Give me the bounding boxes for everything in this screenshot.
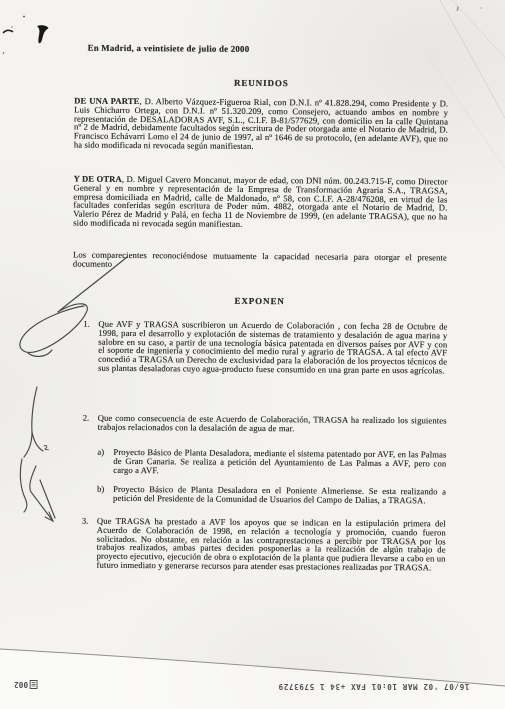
list-item-2: 2. Que como consecuencia de este Acuerdo…: [83, 414, 447, 434]
paragraph-party-1: DE UNA PARTE, D. Alberto Vázquez-Figuero…: [74, 97, 448, 153]
fax-document-icon: [30, 680, 38, 689]
scanned-document-page: En Madrid, a veintisiete de julio de 200…: [0, 0, 505, 709]
list-item-3: 3. Que TRAGSA ha prestado a AVF los apoy…: [82, 517, 446, 573]
closing-paragraph: Los comparecientes reconociéndose mutuam…: [73, 251, 447, 272]
list-subitem-2a: a) Proyecto Básico de Planta Desaladora,…: [97, 448, 446, 477]
paragraph-party-2: Y DE OTRA, D. Miguel Cavero Moncanut, ma…: [73, 175, 447, 231]
list-item-3-text: Que TRAGSA ha prestado a AVF los apoyos …: [97, 517, 446, 573]
fax-page-number-text: 002: [14, 680, 28, 689]
fax-page-number: 002: [14, 680, 38, 689]
section-heading-reunidos: REUNIDOS: [74, 77, 448, 90]
document-date: En Madrid, a veintisiete de julio de 200…: [88, 43, 250, 54]
list-subitem-2b-number: b): [97, 485, 113, 503]
fax-header-line: 16/07 '02 MAR 10:01 FAX +34 1 5793729: [278, 682, 469, 691]
list-item-1: 1. Que AVF y TRAGSA suscribieron un Acue…: [83, 320, 447, 376]
party-1-text: , D. Alberto Vázquez-Figueroa Rial, con …: [74, 96, 448, 151]
list-item-1-number: 1.: [83, 320, 98, 373]
list-subitem-2a-number: a): [97, 448, 113, 475]
section-heading-exponen: EXPONEN: [73, 295, 447, 308]
document-body: En Madrid, a veintisiete de julio de 200…: [0, 0, 505, 709]
list-item-1-text: Que AVF y TRAGSA suscribieron un Acuerdo…: [98, 320, 447, 376]
list-subitem-2b-text: Proyecto Básico de Planta Desaladora en …: [113, 485, 446, 505]
list-subitem-2b: b) Proyecto Básico de Planta Desaladora …: [97, 485, 446, 505]
list-item-3-number: 3.: [82, 517, 97, 570]
party-2-text: , D. Miguel Cavero Moncanut, mayor de ed…: [73, 174, 447, 229]
list-item-2-text: Que como consecuencia de este Acuerdo de…: [98, 414, 447, 434]
list-item-2-number: 2.: [83, 414, 98, 432]
list-subitem-2a-text: Proyecto Básico de Planta Desaladora, me…: [113, 448, 446, 477]
